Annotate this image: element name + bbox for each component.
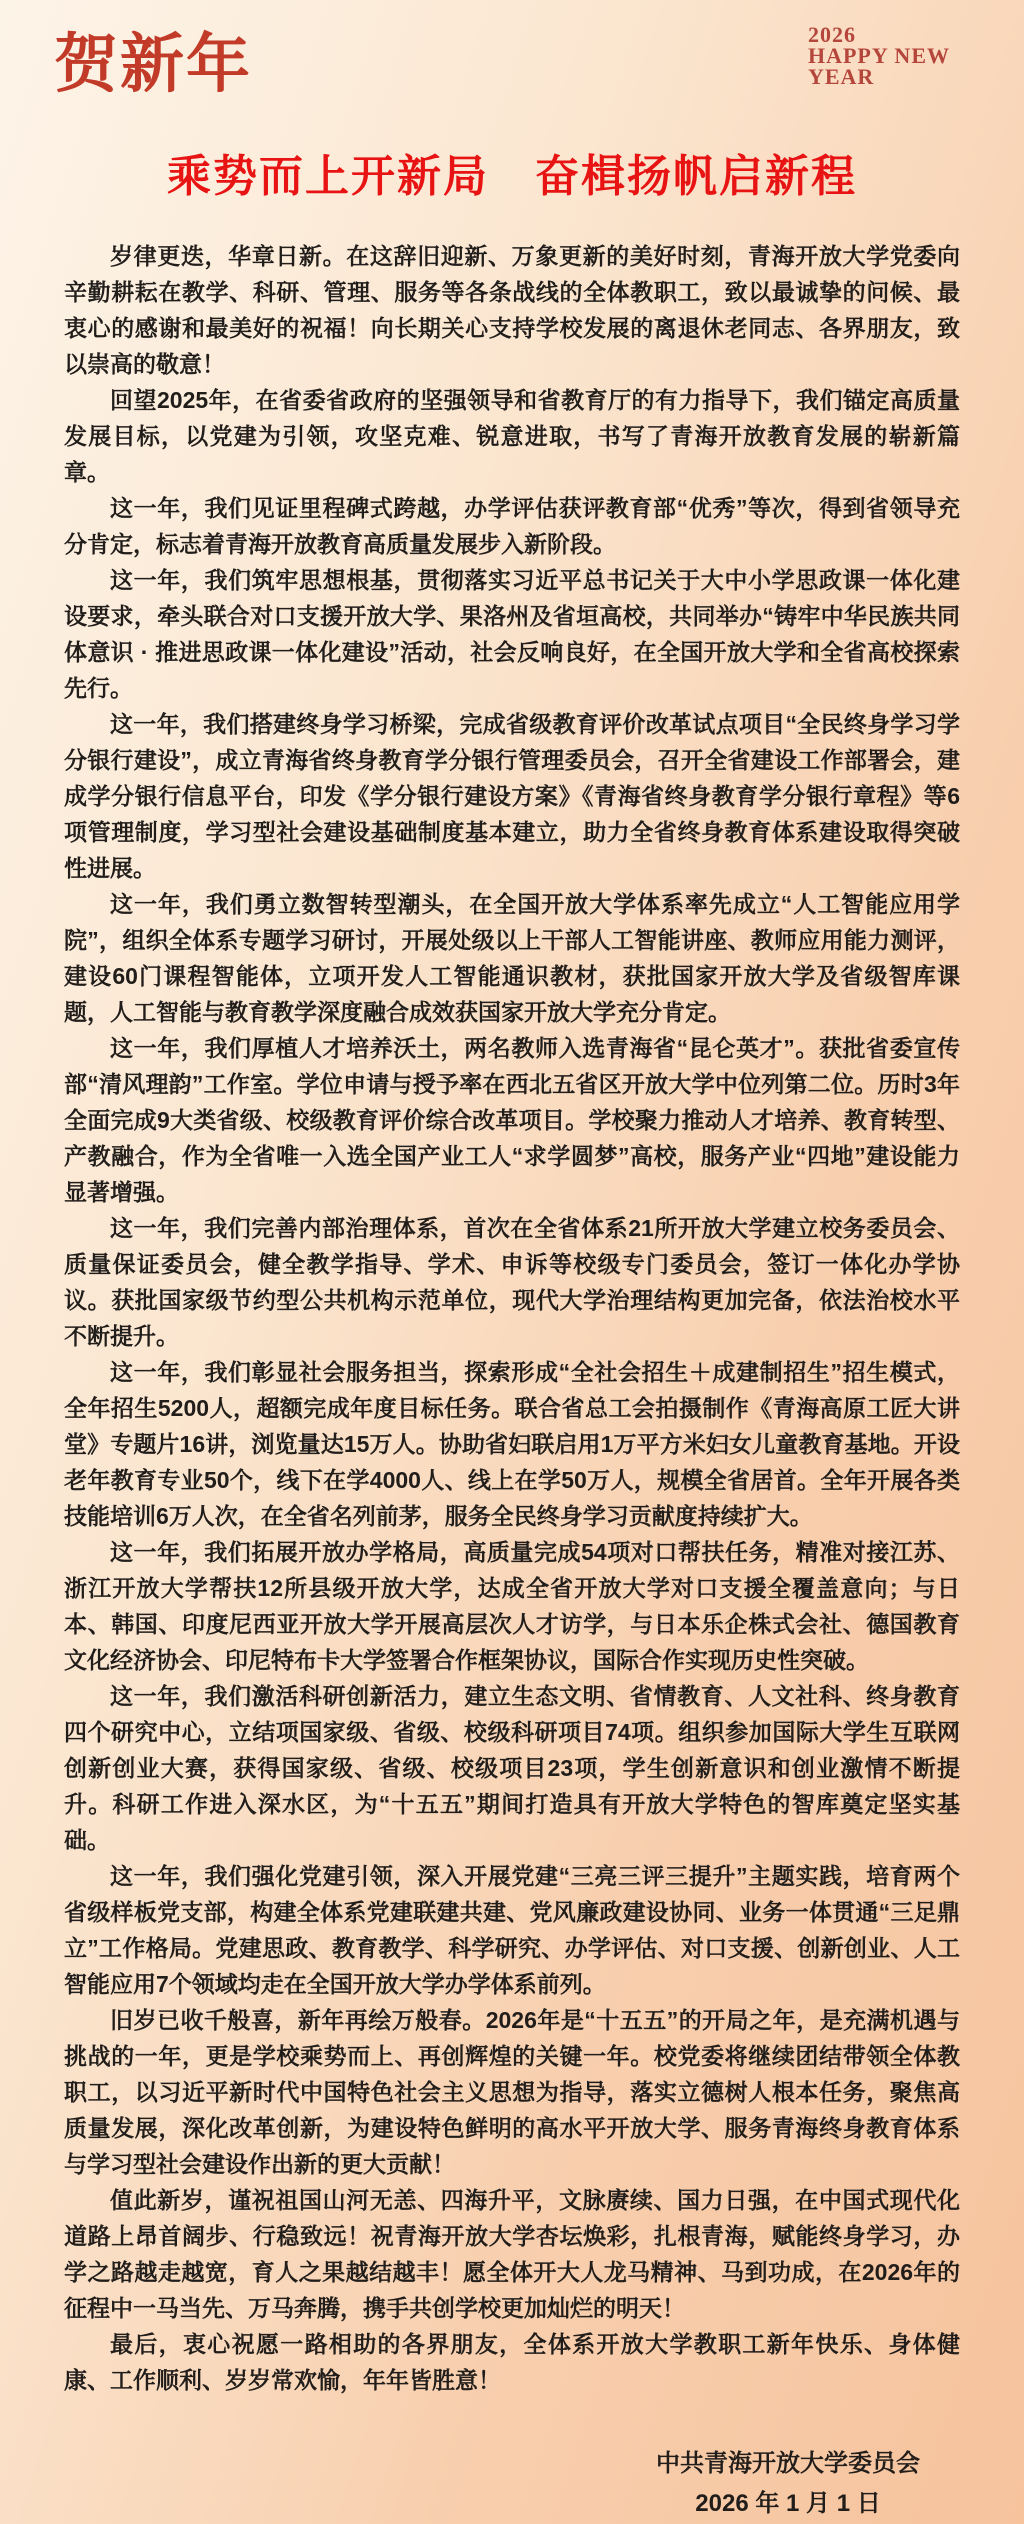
year-badge: 2026 HAPPY NEW YEAR: [808, 24, 950, 87]
body-paragraph: 这一年，我们强化党建引领，深入开展党建“三亮三评三提升”主题实践，培育两个省级样…: [64, 1858, 960, 2002]
body-paragraph: 这一年，我们搭建终身学习桥梁，完成省级教育评价改革试点项目“全民终身学习学分银行…: [64, 706, 960, 886]
body-paragraph: 这一年，我们见证里程碑式跨越，办学评估获评教育部“优秀”等次，得到省领导充分肯定…: [64, 490, 960, 562]
signature-block: 中共青海开放大学委员会 2026 年 1 月 1 日: [656, 2444, 920, 2524]
body-paragraph: 回望2025年，在省委省政府的坚强领导和省教育厅的有力指导下，我们锚定高质量发展…: [64, 382, 960, 490]
body-paragraph: 值此新岁，谨祝祖国山河无恙、四海升平，文脉赓续、国力日强，在中国式现代化道路上昂…: [64, 2182, 960, 2326]
masthead-title: 贺新年: [54, 30, 252, 100]
body-paragraph: 这一年，我们彰显社会服务担当，探索形成“全社会招生＋成建制招生”招生模式，全年招…: [64, 1354, 960, 1534]
letter-body: 岁律更迭，华章日新。在这辞旧迎新、万象更新的美好时刻，青海开放大学党委向辛勤耕耘…: [64, 238, 960, 2398]
year-badge-line-yearword: YEAR: [808, 66, 950, 87]
body-paragraph: 旧岁已收千般喜，新年再绘万般春。2026年是“十五五”的开局之年，是充满机遇与挑…: [64, 2002, 960, 2182]
letter-title: 乘势而上开新局 奋楫扬帆启新程: [40, 140, 984, 204]
body-paragraph: 这一年，我们激活科研创新活力，建立生态文明、省情教育、人文社科、终身教育四个研究…: [64, 1678, 960, 1858]
body-paragraph: 这一年，我们勇立数智转型潮头，在全国开放大学体系率先成立“人工智能应用学院”，组…: [64, 886, 960, 1030]
year-badge-line-happy-new: HAPPY NEW: [808, 45, 950, 66]
body-paragraph: 这一年，我们筑牢思想根基，贯彻落实习近平总书记关于大中小学思政课一体化建设要求，…: [64, 562, 960, 706]
body-paragraph: 这一年，我们完善内部治理体系，首次在全省体系21所开放大学建立校务委员会、质量保…: [64, 1210, 960, 1354]
new-year-greeting-letter: 贺新年 2026 HAPPY NEW YEAR 乘势而上开新局 奋楫扬帆启新程 …: [0, 0, 1024, 2524]
body-paragraph: 最后，衷心祝愿一路相助的各界朋友，全体系开放大学教职工新年快乐、身体健康、工作顺…: [64, 2326, 960, 2398]
body-paragraph: 岁律更迭，华章日新。在这辞旧迎新、万象更新的美好时刻，青海开放大学党委向辛勤耕耘…: [64, 238, 960, 382]
signature-date: 2026 年 1 月 1 日: [656, 2484, 920, 2524]
body-paragraph: 这一年，我们厚植人才培养沃土，两名教师入选青海省“昆仑英才”。获批省委宣传部“清…: [64, 1030, 960, 1210]
body-paragraph: 这一年，我们拓展开放办学格局，高质量完成54项对口帮扶任务，精准对接江苏、浙江开…: [64, 1534, 960, 1678]
letter-header: 贺新年 2026 HAPPY NEW YEAR: [0, 0, 1024, 118]
year-badge-line-year: 2026: [808, 24, 950, 45]
signature-organization: 中共青海开放大学委员会: [656, 2444, 920, 2484]
